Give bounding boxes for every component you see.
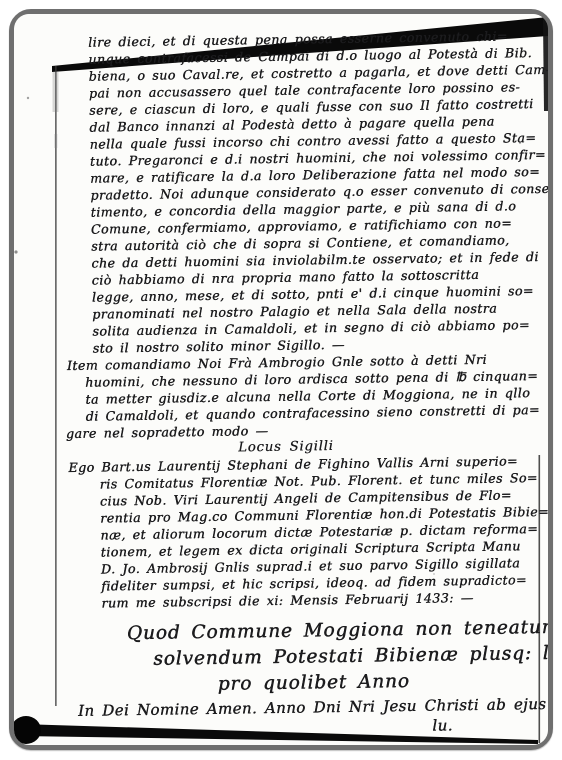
paper-speck (14, 250, 17, 253)
photo-frame: lire dieci, et di questa pena possa esse… (9, 9, 553, 750)
scan-edge-left (55, 66, 57, 706)
manuscript-line: pro quolibet Anno (217, 667, 548, 698)
paper-speck (27, 97, 29, 99)
notary-paragraph: Ego Bart.us Laurentij Stephani de Fighin… (66, 452, 548, 612)
manuscript-text: lire dieci, et di questa pena possa esse… (60, 27, 548, 741)
scan-edge-left-smudge (53, 72, 59, 112)
body-paragraph: lire dieci, et di questa pena possa esse… (60, 27, 545, 357)
item-paragraph: Item comandiamo Noi Frà Ambrogio Gnle so… (65, 350, 546, 442)
manuscript-scan: lire dieci, et di questa pena possa esse… (14, 14, 548, 745)
invocation-carry: lu. (432, 715, 548, 736)
scan-edge-left-smudge2 (54, 134, 58, 148)
scan-corner-blob (14, 716, 41, 744)
docket-note: Quod Commune Moggiona non teneatur ad so… (69, 615, 548, 700)
